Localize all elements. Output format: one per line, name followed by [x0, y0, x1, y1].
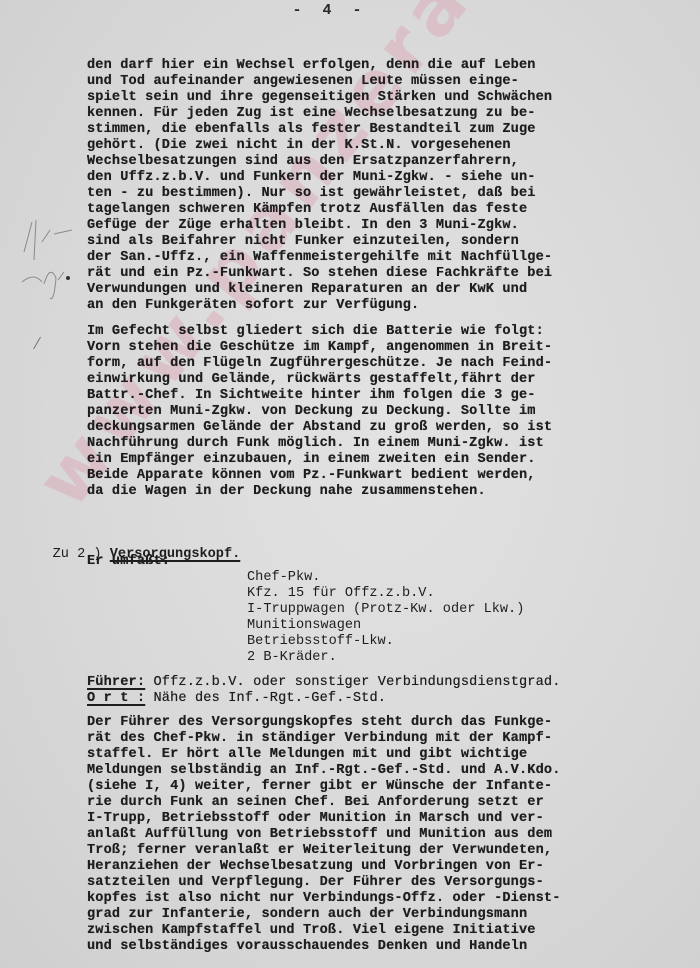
text-line: Vorn stehen die Geschütze im Kampf, ange…: [87, 340, 552, 356]
margin-tick: [33, 337, 48, 354]
text-line: zwischen Kampfstaffel und Troß. Viel eig…: [87, 923, 536, 939]
text-line: I-Trupp, Betriebsstoff oder Munition in …: [87, 811, 544, 827]
text-line: den darf hier ein Wechsel erfolgen, denn…: [87, 58, 536, 74]
text-line: und selbständiges vorausschauendes Denke…: [87, 939, 527, 955]
text-line: einwirkung und Gelände, rückwärts gestaf…: [87, 372, 536, 388]
text-line: an den Funkgeräten sofort zur Verfügung.: [87, 298, 419, 314]
text-line: ten - zu bestimmen). Nur so ist gewährle…: [87, 186, 536, 202]
text-line: satzteilen und Verpflegung. Der Führer d…: [87, 875, 544, 891]
text-line: Im Gefecht selbst gliedert sich die Batt…: [87, 324, 544, 340]
fuehrer-value: Offz.z.b.V. oder sonstiger Verbindungsdi…: [145, 675, 560, 690]
text-line: tagelangen schweren Kämpfen trotz Ausfäl…: [87, 202, 527, 218]
text-line: und Tod aufeinander angewiesenen Leute m…: [87, 74, 519, 90]
text-line: Meldungen selbständig an Inf.-Rgt.-Gef.-…: [87, 763, 561, 779]
text-line: Gefüge der Züge erhalten bleibt. In den …: [87, 218, 519, 234]
text-line: Heranziehen der Wechselbesatzung und Vor…: [87, 859, 544, 875]
margin-dot: [66, 276, 70, 280]
text-line: Troß; ferner veranlaßt er Weiterleitung …: [87, 843, 552, 859]
text-line: rät und ein Pz.-Funkwart. So stehen dies…: [87, 266, 552, 282]
page-number: - 4 -: [0, 0, 660, 22]
list-item: I-Truppwagen (Protz-Kw. oder Lkw.): [247, 602, 524, 618]
text-line: Der Führer des Versorgungskopfes steht d…: [87, 715, 552, 731]
text-line: ein Empfänger einzubauen, in einem zweit…: [87, 452, 536, 468]
text-line: panzerten Muni-Zgkw. von Deckung zu Deck…: [87, 404, 536, 420]
list-item: 2 B-Kräder.: [247, 650, 337, 666]
ort-row: O r t : Nähe des Inf.-Rgt.-Gef.-Std.: [87, 691, 386, 707]
text-line: spielt sein und ihre gegenseitigen Stärk…: [87, 90, 552, 106]
text-line: kennen. Für jeden Zug ist eine Wechselbe…: [87, 106, 536, 122]
text-line: rät des Chef-Pkw. in ständiger Verbindun…: [87, 731, 552, 747]
text-line: (siehe I, 4) weiter, ferner gibt er Wüns…: [87, 779, 552, 795]
text-line: da die Wagen in der Deckung nahe zusamme…: [87, 484, 486, 500]
text-line: rie durch Funk an seinen Chef. Bei Anfor…: [87, 795, 544, 811]
text-line: Wechselbesatzungen sind aus den Ersatzpa…: [87, 154, 519, 170]
text-line: grad zur Infanterie, sondern auch der Ve…: [87, 907, 527, 923]
text-line: Beide Apparate können vom Pz.-Funkwart b…: [87, 468, 536, 484]
ort-label: O r t :: [87, 691, 145, 706]
list-item: Munitionswagen: [247, 618, 361, 634]
ort-value: Nähe des Inf.-Rgt.-Gef.-Std.: [145, 691, 386, 706]
text-line: den Uffz.z.b.V. und Funkern der Muni-Zgk…: [87, 170, 536, 186]
text-line: kopfes ist also nicht nur Verbindungs-Of…: [87, 891, 561, 907]
text-line: stimmen, die ebenfalls als fester Bestan…: [87, 122, 536, 138]
handwritten-margin-note-icon: [14, 212, 74, 302]
text-line: form, auf den Flügeln Zugführergeschütze…: [87, 356, 552, 372]
fuehrer-row: Führer: Offz.z.b.V. oder sonstiger Verbi…: [87, 675, 561, 691]
text-line: der San.-Uffz., ein Waffenmeistergehilfe…: [87, 250, 552, 266]
document-page: www.panzerarchiv.de - 4 - den darf hier …: [0, 0, 700, 968]
text-line: staffel. Er hört alle Meldungen mit und …: [87, 747, 527, 763]
text-line: Battr.-Chef. In Sichtweite hinter ihm fo…: [87, 388, 536, 404]
list-item: Kfz. 15 für Offz.z.b.V.: [247, 586, 435, 602]
text-line: Verwundungen und kleineren Reparaturen a…: [87, 282, 527, 298]
text-line: deckungsarmen Gelände der Abstand zu gro…: [87, 420, 552, 436]
text-line: anlaßt Auffüllung von Betriebsstoff und …: [87, 827, 552, 843]
fuehrer-label: Führer:: [87, 675, 145, 690]
text-line: Nachführung durch Funk möglich. In einem…: [87, 436, 544, 452]
text-line: gehört. (Die zwei nicht in der K.St.N. v…: [87, 138, 511, 154]
list-item: Betriebsstoff-Lkw.: [247, 634, 394, 650]
text-line: sind als Beifahrer nicht Funker einzutei…: [87, 234, 519, 250]
section-intro: Er umfaßt:: [87, 554, 170, 570]
list-item: Chef-Pkw.: [247, 570, 320, 586]
